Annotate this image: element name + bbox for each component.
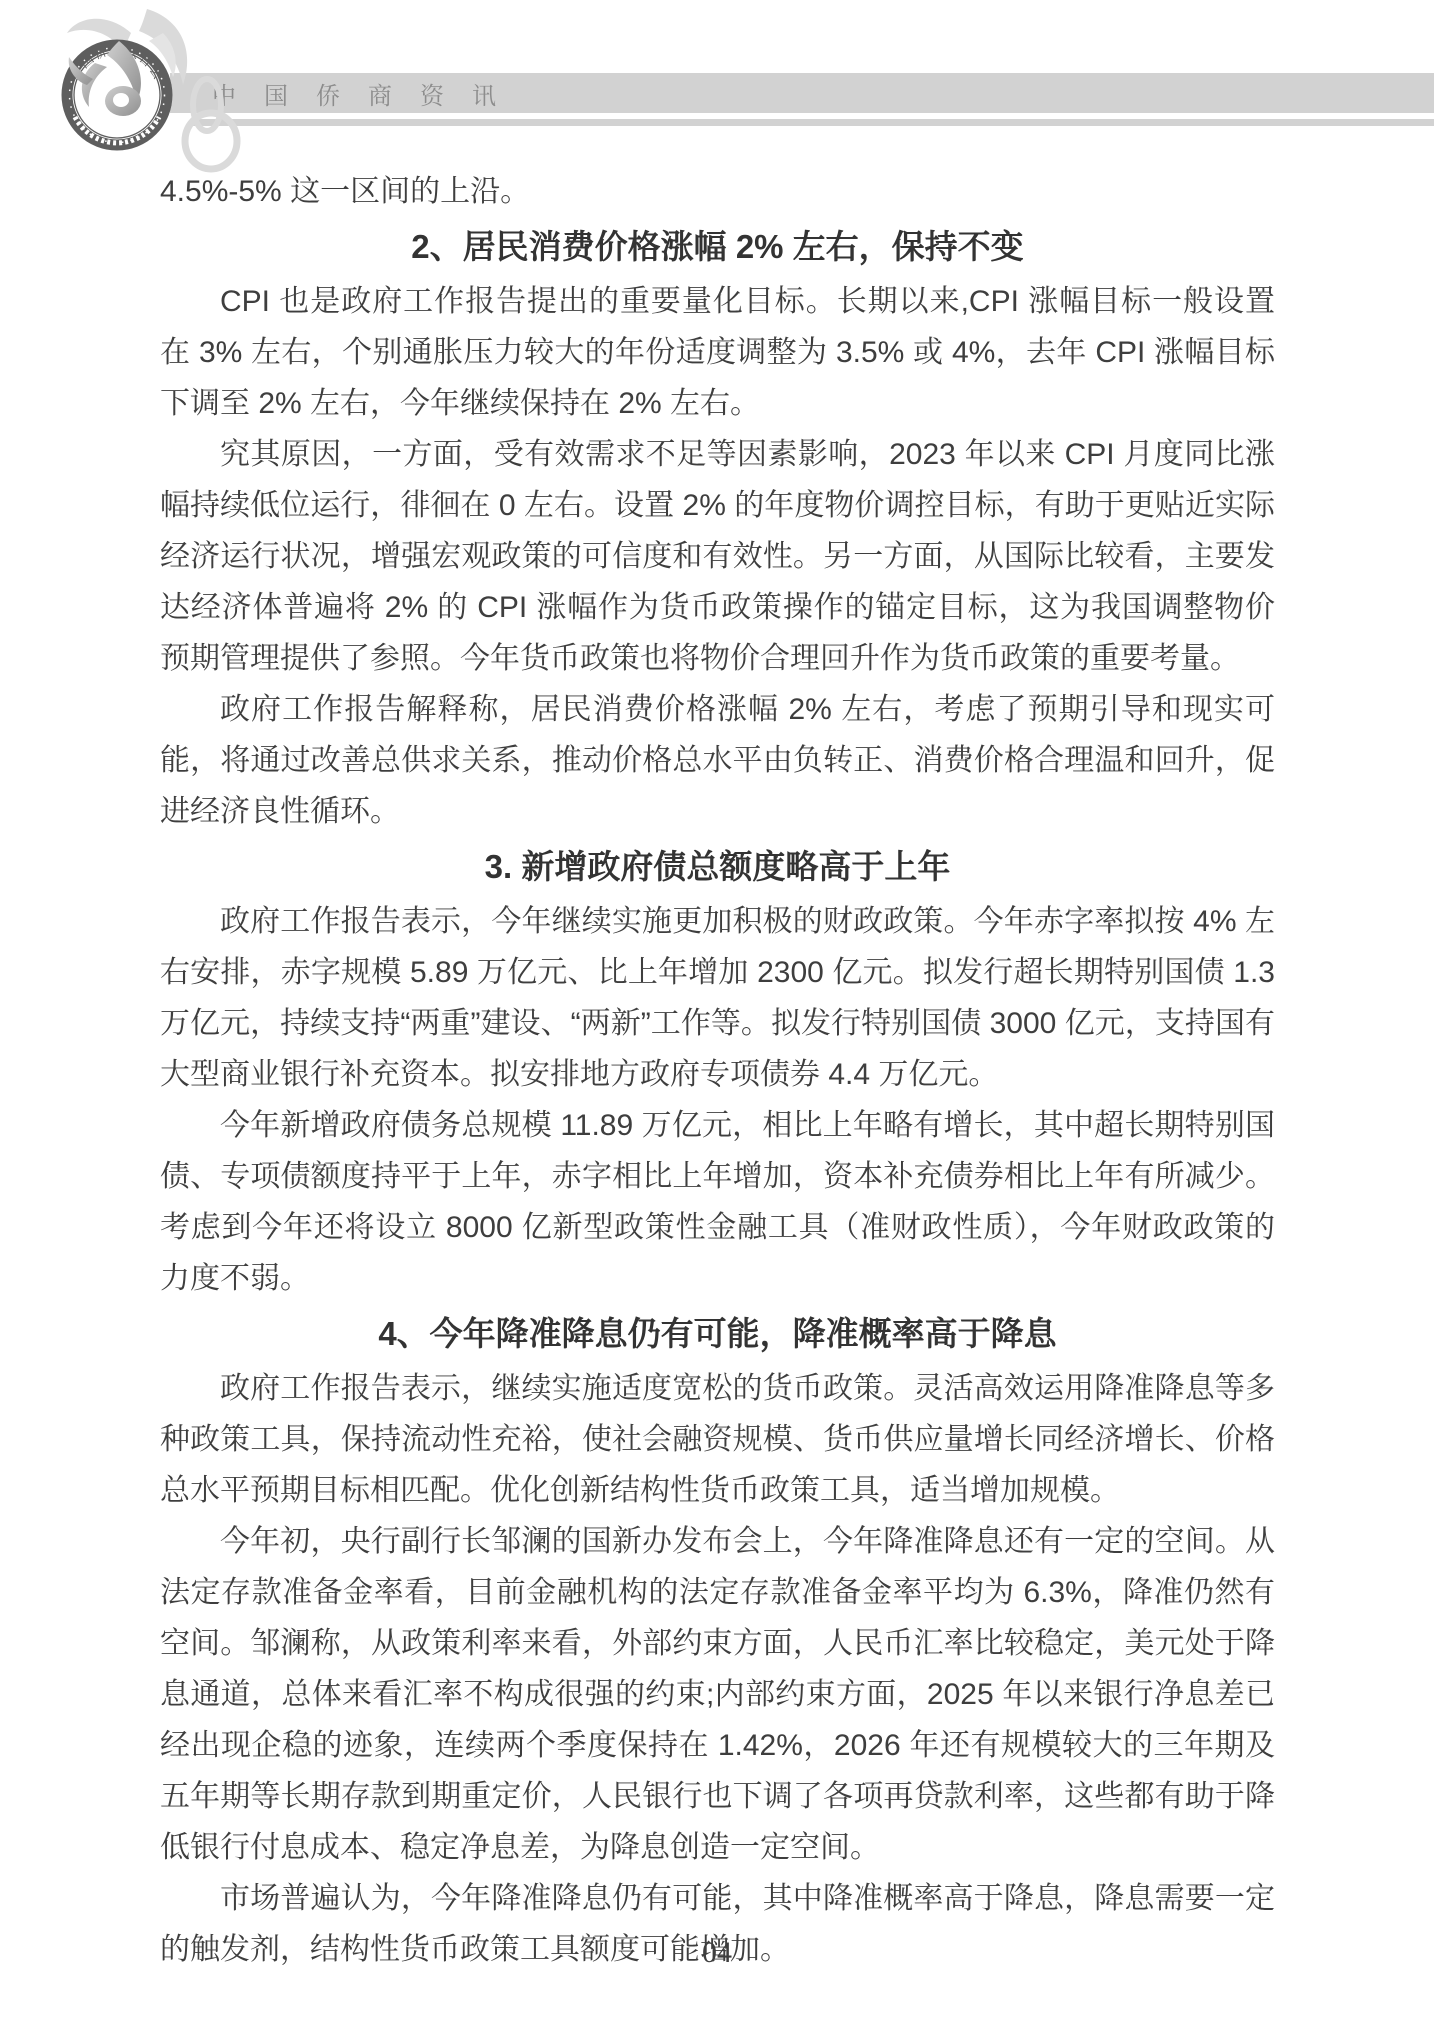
body-paragraph: CPI 也是政府工作报告提出的重要量化目标。长期以来,CPI 涨幅目标一般设置在…: [160, 276, 1275, 429]
decor-ring-icon: [185, 79, 237, 169]
masthead-underline: [190, 119, 1434, 126]
body-paragraph: 政府工作报告解释称，居民消费价格涨幅 2% 左右，考虑了预期引导和现实可能，将通…: [160, 684, 1275, 837]
body-paragraph: 今年新增政府债务总规模 11.89 万亿元，相比上年略有增长，其中超长期特别国债…: [160, 1100, 1275, 1304]
section-heading-2: 2、居民消费价格涨幅 2% 左右，保持不变: [160, 221, 1275, 272]
section-heading-3: 3. 新增政府债总额度略高于上年: [160, 841, 1275, 892]
body-paragraph: 政府工作报告表示，今年继续实施更加积极的财政政策。今年赤字率拟按 4% 左右安排…: [160, 896, 1275, 1100]
masthead-banner: 中国侨商资讯: [170, 73, 1434, 113]
body-paragraph: 政府工作报告表示，继续实施适度宽松的货币政策。灵活高效运用降准降息等多种政策工具…: [160, 1363, 1275, 1516]
document-page: 中国侨商资讯: [0, 0, 1434, 2024]
seal-icon: 中国侨商联合会: [35, 5, 245, 175]
page-number: 04: [0, 1936, 1434, 1970]
body-paragraph: 究其原因，一方面，受有效需求不足等因素影响，2023 年以来 CPI 月度同比涨…: [160, 429, 1275, 684]
continuation-line: 4.5%-5% 这一区间的上沿。: [160, 166, 1275, 217]
association-seal-logo: 中国侨商联合会: [35, 5, 245, 175]
article-body: 4.5%-5% 这一区间的上沿。 2、居民消费价格涨幅 2% 左右，保持不变 C…: [160, 166, 1275, 1975]
body-paragraph: 今年初，央行副行长邹澜的国新办发布会上，今年降准降息还有一定的空间。从法定存款准…: [160, 1516, 1275, 1873]
masthead-title: 中国侨商资讯: [212, 73, 524, 113]
section-heading-4: 4、今年降准降息仍有可能，降准概率高于降息: [160, 1308, 1275, 1359]
